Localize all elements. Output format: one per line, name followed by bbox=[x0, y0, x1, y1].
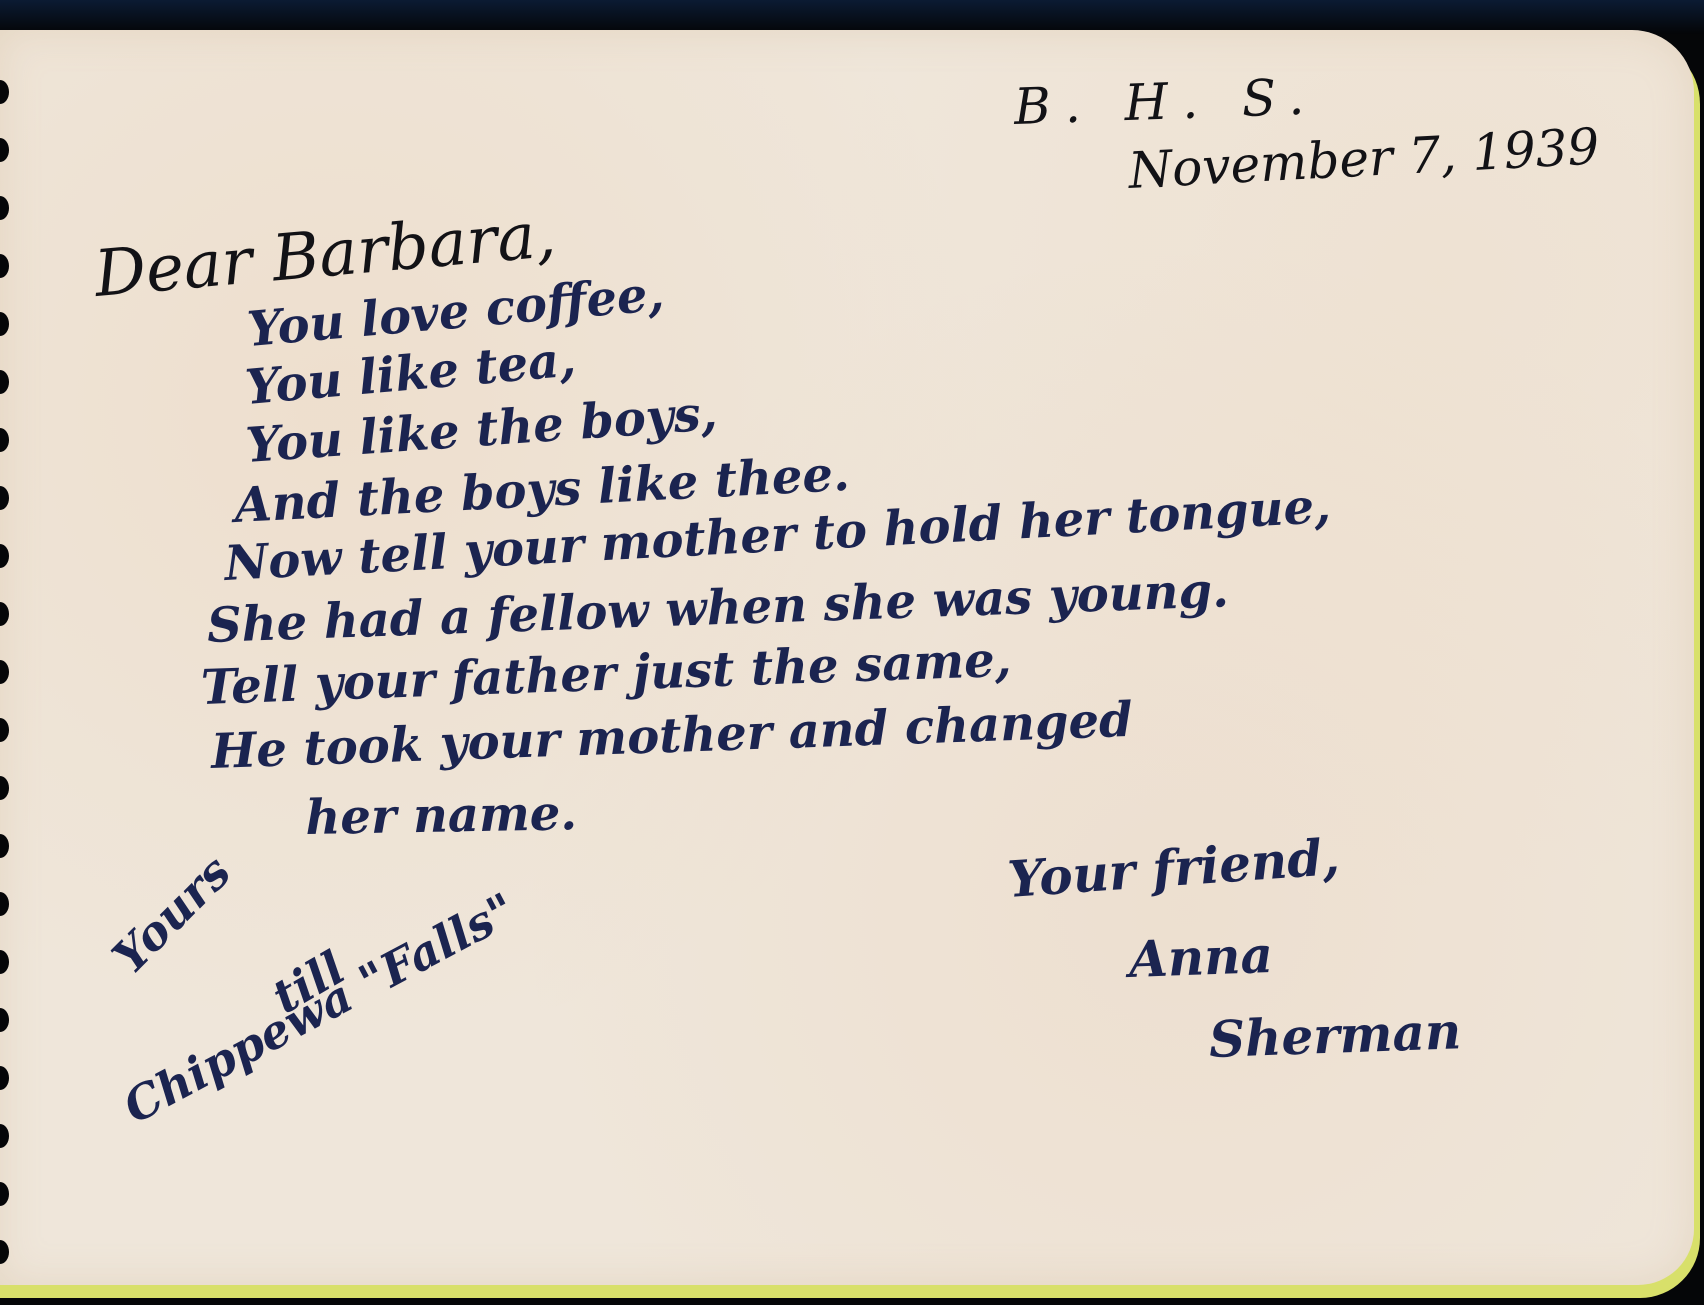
binding-hole bbox=[0, 138, 9, 162]
poem-line: her name. bbox=[305, 785, 577, 846]
binding-hole bbox=[0, 370, 9, 394]
binding-hole bbox=[0, 718, 9, 742]
header-school: B. H. S. bbox=[1013, 67, 1319, 136]
binding-hole bbox=[0, 1066, 9, 1090]
binding-hole bbox=[0, 1124, 9, 1148]
binding-hole bbox=[0, 196, 9, 220]
signoff-first-name: Anna bbox=[1128, 925, 1274, 989]
signoff-last-name: Sherman bbox=[1208, 1001, 1462, 1069]
binding-hole bbox=[0, 776, 9, 800]
binding-hole bbox=[0, 486, 9, 510]
closing-left-line1: Yours bbox=[102, 845, 241, 984]
binding-hole bbox=[0, 660, 9, 684]
scan-background-top bbox=[0, 0, 1704, 34]
binding-hole bbox=[0, 312, 9, 336]
binding-hole bbox=[0, 1240, 9, 1264]
binding-hole bbox=[0, 950, 9, 974]
spiral-binding-holes bbox=[0, 30, 9, 1285]
binding-hole bbox=[0, 602, 9, 626]
binding-hole bbox=[0, 834, 9, 858]
signoff-closing: Your friend, bbox=[1006, 827, 1341, 909]
binding-hole bbox=[0, 428, 9, 452]
binding-hole bbox=[0, 544, 9, 568]
binding-hole bbox=[0, 1008, 9, 1032]
binding-hole bbox=[0, 892, 9, 916]
binding-hole bbox=[0, 254, 9, 278]
binding-hole bbox=[0, 1182, 9, 1206]
album-page: B. H. S. November 7, 1939 Dear Barbara, … bbox=[0, 30, 1694, 1285]
header-date: November 7, 1939 bbox=[1127, 117, 1601, 200]
binding-hole bbox=[0, 80, 9, 104]
